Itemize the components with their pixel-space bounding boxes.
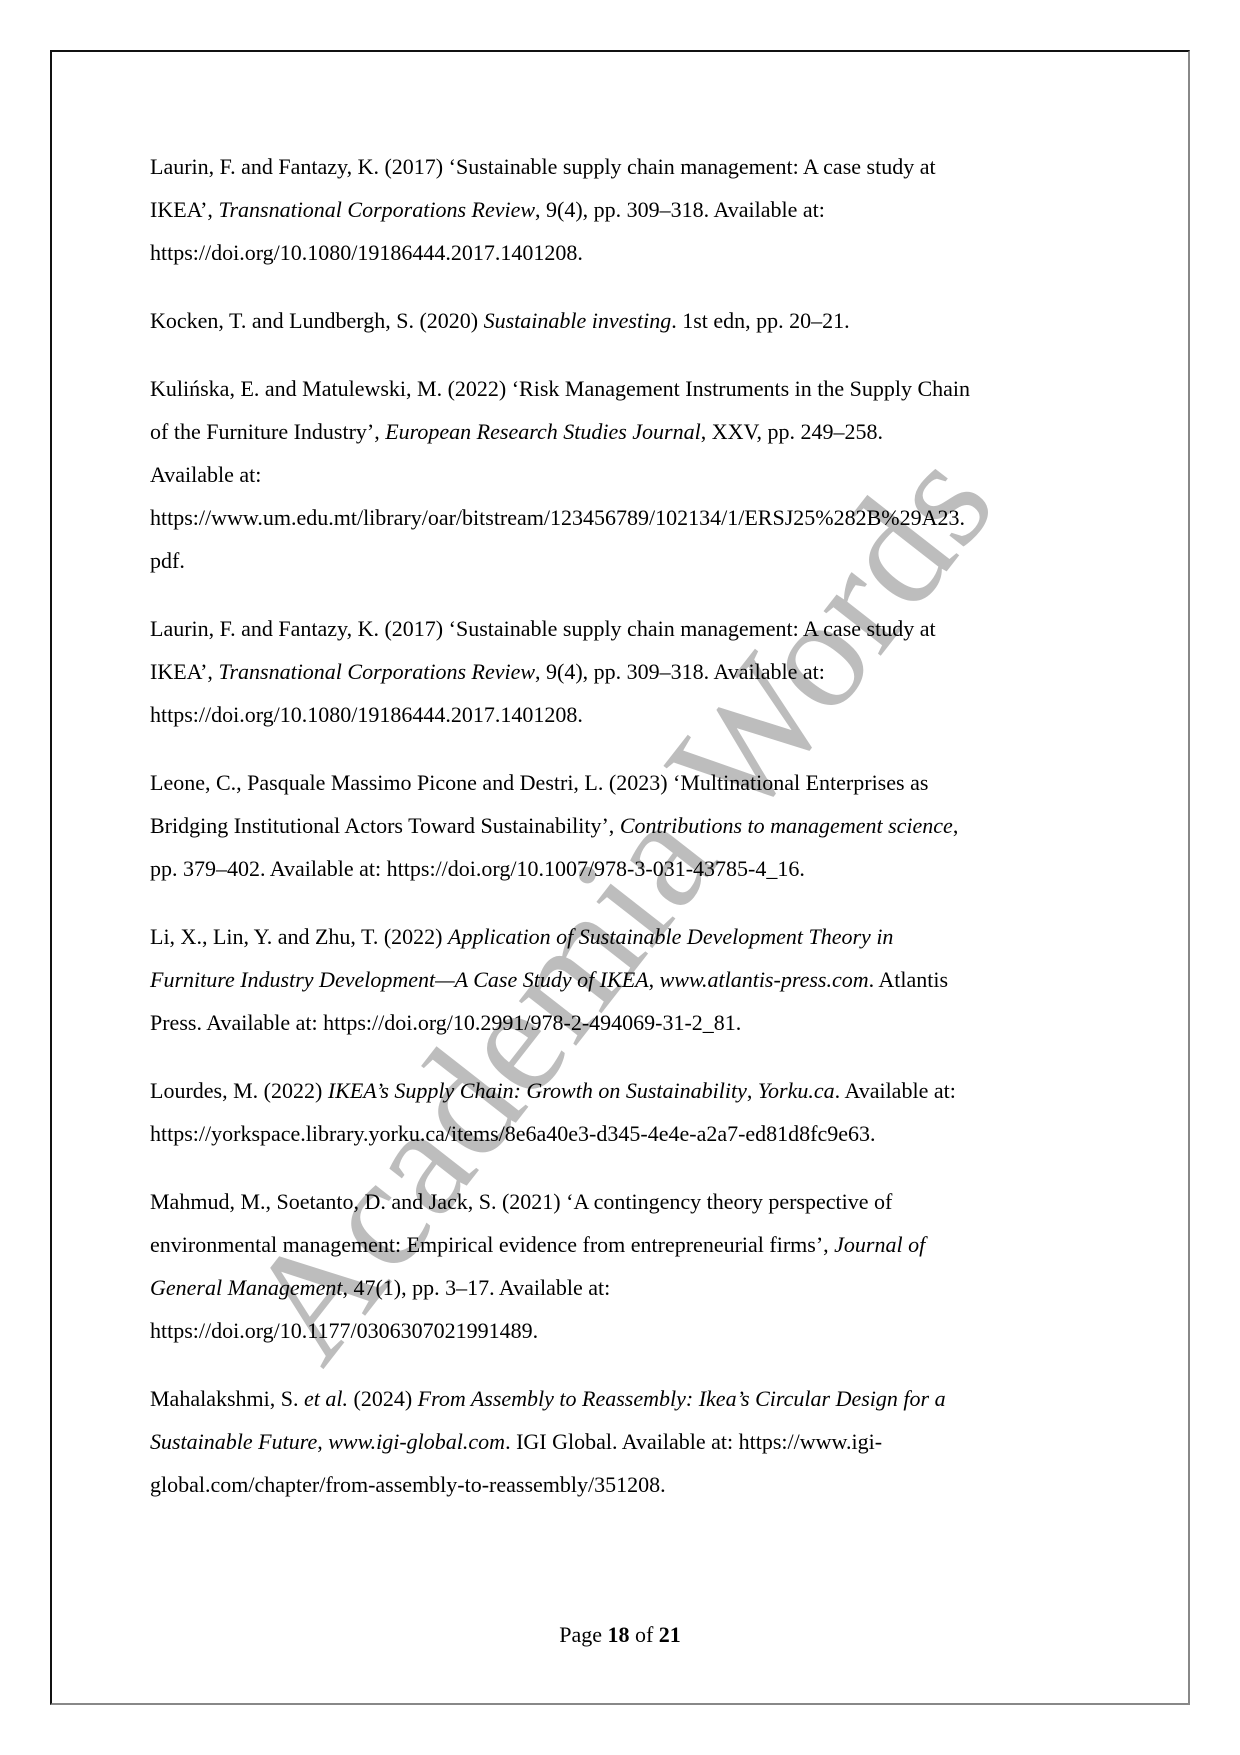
- reference-text: ,: [953, 813, 959, 838]
- reference-entry: Li, X., Lin, Y. and Zhu, T. (2022) Appli…: [150, 915, 1090, 1044]
- reference-line: https://yorkspace.library.yorku.ca/items…: [150, 1112, 1090, 1155]
- reference-line: Lourdes, M. (2022) IKEA’s Supply Chain: …: [150, 1069, 1090, 1112]
- reference-italic-text: European Research Studies Journal: [385, 419, 700, 444]
- reference-text: Leone, C., Pasquale Massimo Picone and D…: [150, 770, 928, 795]
- reference-text: IKEA’,: [150, 659, 218, 684]
- reference-italic-text: Sustainable Future: [150, 1429, 317, 1454]
- reference-italic-text: General Management: [150, 1275, 342, 1300]
- reference-line: Bridging Institutional Actors Toward Sus…: [150, 804, 1090, 847]
- reference-line: of the Furniture Industry’, European Res…: [150, 410, 1090, 453]
- reference-text: of the Furniture Industry’,: [150, 419, 385, 444]
- reference-line: Li, X., Lin, Y. and Zhu, T. (2022) Appli…: [150, 915, 1090, 958]
- reference-text: Press. Available at: https://doi.org/10.…: [150, 1010, 741, 1035]
- reference-italic-text: Sustainable investing: [484, 308, 672, 333]
- reference-text: IKEA’,: [150, 197, 218, 222]
- reference-text: . Available at:: [835, 1078, 956, 1103]
- reference-entry: Mahmud, M., Soetanto, D. and Jack, S. (2…: [150, 1180, 1090, 1352]
- reference-entry: Laurin, F. and Fantazy, K. (2017) ‘Susta…: [150, 145, 1090, 274]
- total-pages-number: 21: [659, 1622, 681, 1647]
- reference-line: pp. 379–402. Available at: https://doi.o…: [150, 847, 1090, 890]
- reference-line: IKEA’, Transnational Corporations Review…: [150, 188, 1090, 231]
- reference-italic-text: From Assembly to Reassembly: Ikea’s Circ…: [418, 1386, 946, 1411]
- reference-entry: Lourdes, M. (2022) IKEA’s Supply Chain: …: [150, 1069, 1090, 1155]
- reference-text: pdf.: [150, 548, 185, 573]
- reference-line: https://doi.org/10.1177/0306307021991489…: [150, 1309, 1090, 1352]
- reference-line: global.com/chapter/from-assembly-to-reas…: [150, 1463, 1090, 1506]
- reference-text: , 47(1), pp. 3–17. Available at:: [342, 1275, 610, 1300]
- reference-italic-text: IKEA’s Supply Chain: Growth on Sustainab…: [328, 1078, 747, 1103]
- reference-italic-text: Transnational Corporations Review: [218, 197, 535, 222]
- reference-text: Li, X., Lin, Y. and Zhu, T. (2022): [150, 924, 448, 949]
- reference-italic-text: Contributions to management science: [620, 813, 953, 838]
- reference-line: environmental management: Empirical evid…: [150, 1223, 1090, 1266]
- reference-line: Leone, C., Pasquale Massimo Picone and D…: [150, 761, 1090, 804]
- reference-entry: Mahalakshmi, S. et al. (2024) From Assem…: [150, 1377, 1090, 1506]
- reference-text: . IGI Global. Available at: https://www.…: [505, 1429, 882, 1454]
- reference-line: Mahalakshmi, S. et al. (2024) From Assem…: [150, 1377, 1090, 1420]
- reference-line: Kulińska, E. and Matulewski, M. (2022) ‘…: [150, 367, 1090, 410]
- page-label: Page: [559, 1622, 602, 1647]
- reference-text: . Atlantis: [869, 967, 948, 992]
- reference-line: Kocken, T. and Lundbergh, S. (2020) Sust…: [150, 299, 1090, 342]
- reference-text: Laurin, F. and Fantazy, K. (2017) ‘Susta…: [150, 154, 936, 179]
- reference-text: Kocken, T. and Lundbergh, S. (2020): [150, 308, 484, 333]
- reference-text: ,: [317, 1429, 328, 1454]
- reference-text: global.com/chapter/from-assembly-to-reas…: [150, 1472, 666, 1497]
- reference-list: Laurin, F. and Fantazy, K. (2017) ‘Susta…: [150, 145, 1090, 1531]
- reference-text: Mahalakshmi, S.: [150, 1386, 304, 1411]
- reference-text: ,: [649, 967, 660, 992]
- reference-text: https://www.um.edu.mt/library/oar/bitstr…: [150, 505, 965, 530]
- reference-text: Laurin, F. and Fantazy, K. (2017) ‘Susta…: [150, 616, 936, 641]
- reference-italic-text: Furniture Industry Development—A Case St…: [150, 967, 649, 992]
- reference-text: https://yorkspace.library.yorku.ca/items…: [150, 1121, 876, 1146]
- reference-text: Bridging Institutional Actors Toward Sus…: [150, 813, 620, 838]
- reference-line: pdf.: [150, 539, 1090, 582]
- reference-text: Kulińska, E. and Matulewski, M. (2022) ‘…: [150, 376, 970, 401]
- page-of-label: of: [635, 1622, 653, 1647]
- reference-italic-text: Transnational Corporations Review: [218, 659, 535, 684]
- reference-text: Mahmud, M., Soetanto, D. and Jack, S. (2…: [150, 1189, 892, 1214]
- reference-line: Laurin, F. and Fantazy, K. (2017) ‘Susta…: [150, 607, 1090, 650]
- reference-line: Sustainable Future, www.igi-global.com. …: [150, 1420, 1090, 1463]
- reference-text: , XXV, pp. 249–258.: [701, 419, 883, 444]
- reference-text: (2024): [348, 1386, 418, 1411]
- reference-italic-text: Journal of: [834, 1232, 925, 1257]
- reference-text: https://doi.org/10.1080/19186444.2017.14…: [150, 240, 583, 265]
- reference-line: IKEA’, Transnational Corporations Review…: [150, 650, 1090, 693]
- reference-entry: Leone, C., Pasquale Massimo Picone and D…: [150, 761, 1090, 890]
- reference-entry: Kulińska, E. and Matulewski, M. (2022) ‘…: [150, 367, 1090, 582]
- reference-line: https://doi.org/10.1080/19186444.2017.14…: [150, 693, 1090, 736]
- reference-line: https://doi.org/10.1080/19186444.2017.14…: [150, 231, 1090, 274]
- reference-italic-text: www.igi-global.com: [328, 1429, 505, 1454]
- reference-line: Press. Available at: https://doi.org/10.…: [150, 1001, 1090, 1044]
- reference-line: Furniture Industry Development—A Case St…: [150, 958, 1090, 1001]
- reference-text: https://doi.org/10.1177/0306307021991489…: [150, 1318, 538, 1343]
- reference-line: Available at:: [150, 453, 1090, 496]
- reference-text: , 9(4), pp. 309–318. Available at:: [535, 659, 825, 684]
- reference-text: ,: [747, 1078, 758, 1103]
- reference-text: Lourdes, M. (2022): [150, 1078, 328, 1103]
- reference-text: pp. 379–402. Available at: https://doi.o…: [150, 856, 805, 881]
- reference-text: Available at:: [150, 462, 261, 487]
- reference-line: Laurin, F. and Fantazy, K. (2017) ‘Susta…: [150, 145, 1090, 188]
- reference-text: environmental management: Empirical evid…: [150, 1232, 834, 1257]
- reference-line: General Management, 47(1), pp. 3–17. Ava…: [150, 1266, 1090, 1309]
- reference-italic-text: Yorku.ca: [758, 1078, 835, 1103]
- reference-text: , 9(4), pp. 309–318. Available at:: [535, 197, 825, 222]
- reference-text: https://doi.org/10.1080/19186444.2017.14…: [150, 702, 583, 727]
- reference-line: https://www.um.edu.mt/library/oar/bitstr…: [150, 496, 1090, 539]
- reference-italic-text: Application of Sustainable Development T…: [448, 924, 893, 949]
- reference-entry: Laurin, F. and Fantazy, K. (2017) ‘Susta…: [150, 607, 1090, 736]
- current-page-number: 18: [607, 1622, 629, 1647]
- reference-entry: Kocken, T. and Lundbergh, S. (2020) Sust…: [150, 299, 1090, 342]
- reference-italic-text: www.atlantis-press.com: [660, 967, 869, 992]
- page-footer: Page 18 of 21: [0, 1622, 1240, 1648]
- reference-italic-text: et al.: [304, 1386, 348, 1411]
- reference-text: . 1st edn, pp. 20–21.: [671, 308, 849, 333]
- reference-line: Mahmud, M., Soetanto, D. and Jack, S. (2…: [150, 1180, 1090, 1223]
